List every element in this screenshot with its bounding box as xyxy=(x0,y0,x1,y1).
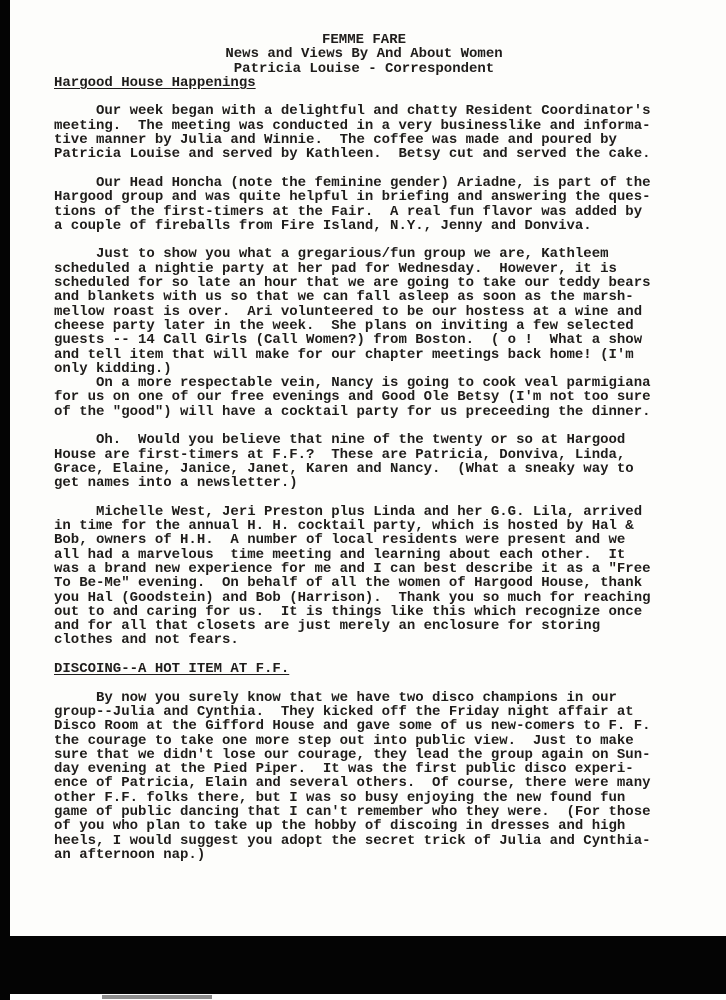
newsletter-subtitle: News and Views By And About Women xyxy=(54,47,674,61)
newsletter-byline: Patricia Louise - Correspondent xyxy=(54,62,674,76)
scan-bottom-gray-artifact xyxy=(102,995,212,999)
paragraph-nightie-party: Just to show you what a gregarious/fun g… xyxy=(54,247,712,376)
newsletter-paper: FEMME FARE News and Views By And About W… xyxy=(10,0,726,936)
paragraph-resident-coordinators-meeting: Our week began with a delightful and cha… xyxy=(54,104,712,161)
paragraph-hh-cocktail-party: Michelle West, Jeri Preston plus Linda a… xyxy=(54,505,712,648)
newsletter-header: FEMME FARE News and Views By And About W… xyxy=(54,33,674,76)
scanned-newsletter-page: FEMME FARE News and Views By And About W… xyxy=(0,0,726,1000)
newsletter-title: FEMME FARE xyxy=(54,33,674,47)
scan-left-edge-artifact xyxy=(0,0,10,1000)
paragraph-head-honcha-ariadne: Our Head Honcha (note the feminine gende… xyxy=(54,176,712,233)
section-heading-hargood-house-happenings: Hargood House Happenings xyxy=(54,76,712,90)
section-heading-discoing: DISCOING--A HOT ITEM AT F.F. xyxy=(54,662,712,676)
paragraph-first-timers-list: Oh. Would you believe that nine of the t… xyxy=(54,433,712,490)
paragraph-disco-champions: By now you surely know that we have two … xyxy=(54,691,712,863)
scan-bottom-edge-artifact xyxy=(0,936,726,994)
paragraph-veal-parmigiana-dinner: On a more respectable vein, Nancy is goi… xyxy=(54,376,712,419)
